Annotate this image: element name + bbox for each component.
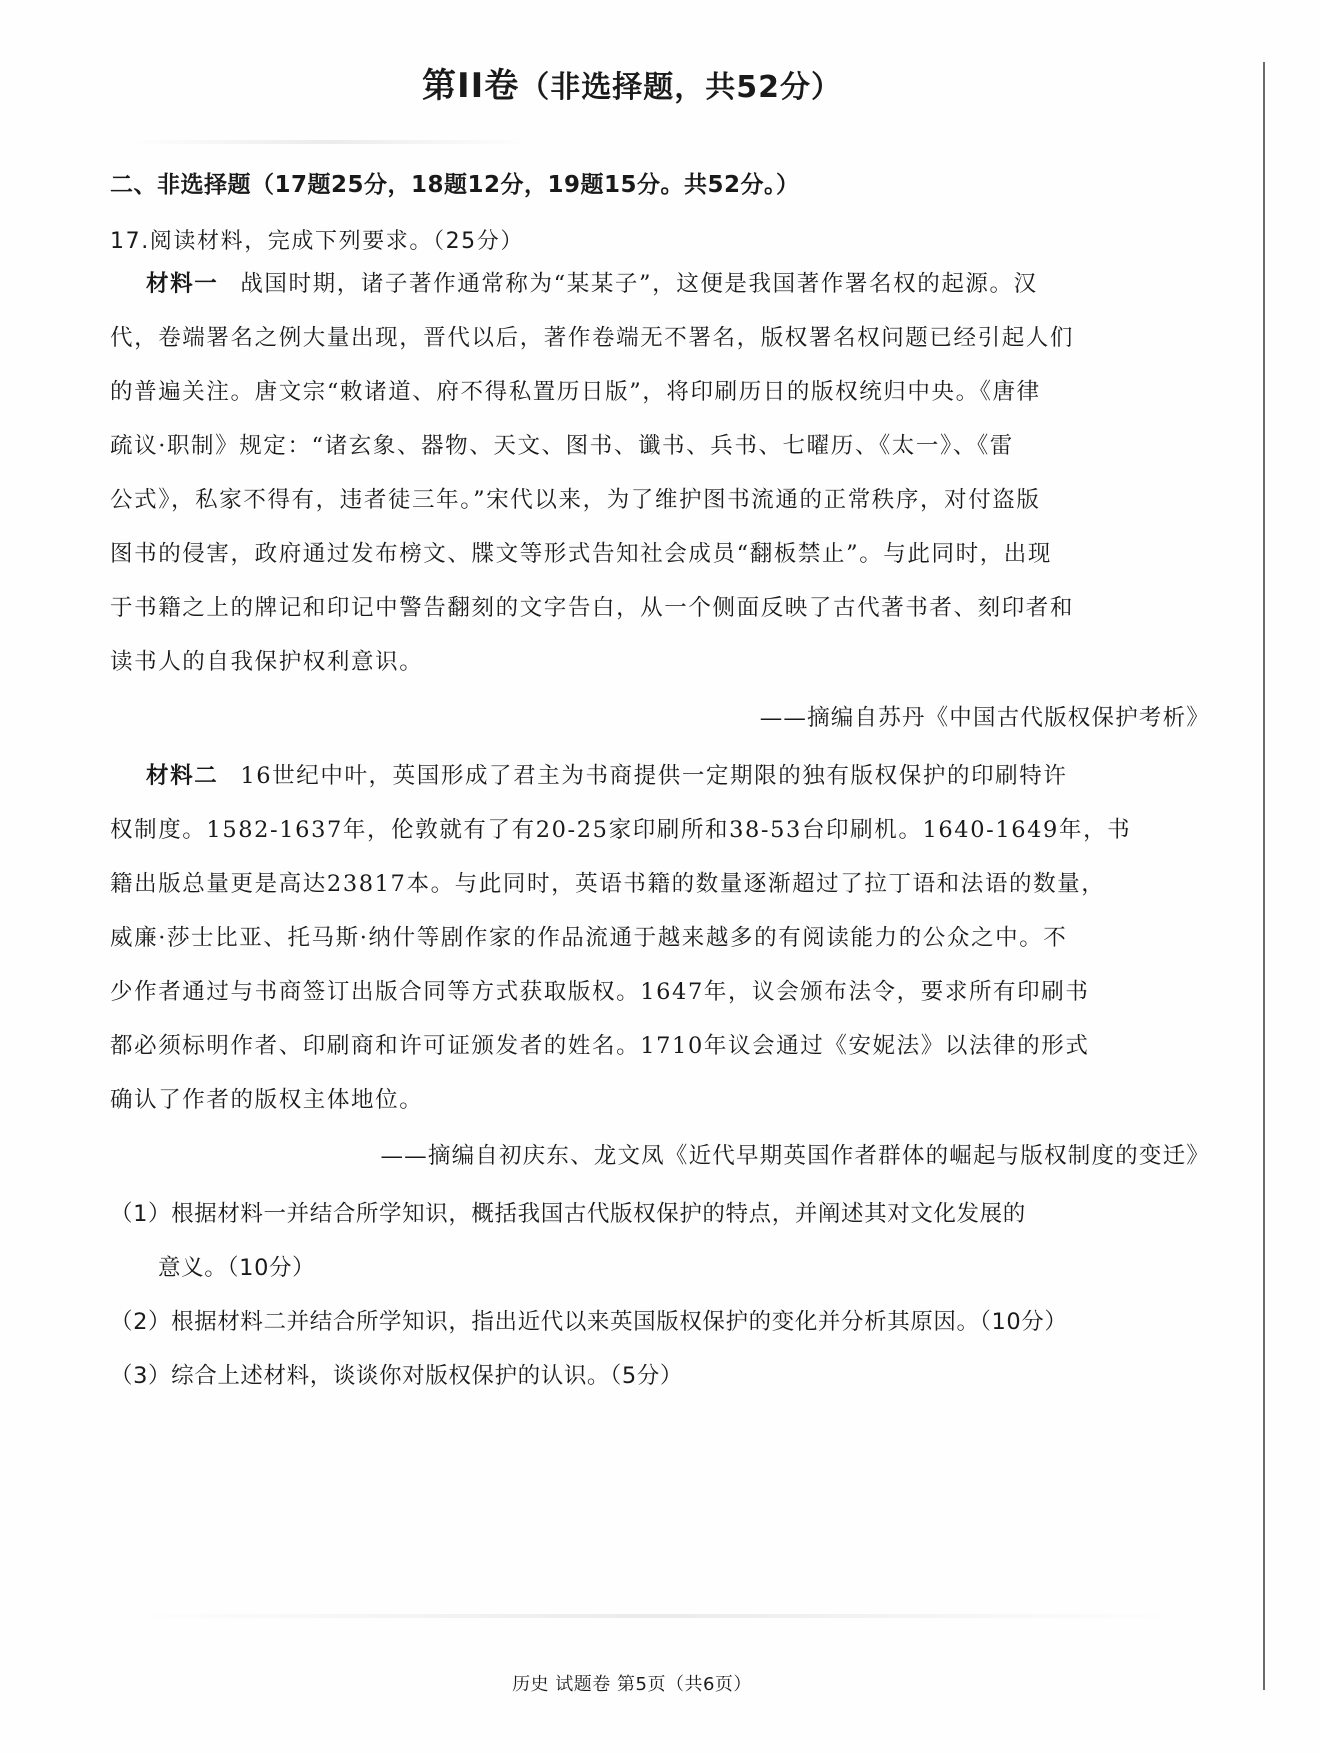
section-heading: 二、非选择题（17题25分，18题12分，19题15分。共52分。） bbox=[110, 166, 800, 199]
material-1-source: ——摘编自苏丹《中国古代版权保护考析》 bbox=[760, 700, 1210, 732]
material-2-line: 少作者通过与书商签订出版合同等方式获取版权。1647年，议会颁布法令，要求所有印… bbox=[110, 974, 1089, 1006]
material-2-line: 籍出版总量更是高达23817本。与此同时，英语书籍的数量逐渐超过了拉丁语和法语的… bbox=[110, 866, 1105, 898]
sub-question-number: （1） bbox=[110, 1201, 171, 1227]
sub-question-text: 根据材料二并结合所学知识，指出近代以来英国版权保护的变化并分析其原因。（10分） bbox=[171, 1309, 1067, 1335]
sub-question-3: （3）综合上述材料，谈谈你对版权保护的认识。（5分） bbox=[110, 1358, 683, 1390]
sub-question-number: （2） bbox=[110, 1309, 171, 1335]
material-1-text: 战国时期，诸子著作通常称为“某某子”，这便是我国著作署名权的起源。汉 bbox=[240, 271, 1037, 297]
material-2-source: ——摘编自初庆东、龙文凤《近代早期英国作者群体的崛起与版权制度的变迁》 bbox=[380, 1138, 1210, 1170]
material-1-label: 材料一 bbox=[146, 271, 218, 297]
question-17-intro: 17.阅读材料，完成下列要求。（25分） bbox=[110, 224, 524, 255]
material-2-text: 16世纪中叶，英国形成了君主为书商提供一定期限的独有版权保护的印刷特许 bbox=[240, 763, 1067, 789]
scan-artifact bbox=[130, 1614, 1180, 1618]
sub-question-number: （3） bbox=[110, 1363, 171, 1389]
title-subtitle: （非选择题，共52分） bbox=[519, 70, 842, 105]
sub-question-2: （2）根据材料二并结合所学知识，指出近代以来英国版权保护的变化并分析其原因。（1… bbox=[110, 1304, 1068, 1336]
page-footer: 历史 试题卷 第5页（共6页） bbox=[0, 1670, 1264, 1696]
scan-artifact bbox=[130, 140, 530, 144]
material-2-line: 确认了作者的版权主体地位。 bbox=[110, 1082, 423, 1114]
material-2-line: 威廉·莎士比亚、托马斯·纳什等剧作家的作品流通于越来越多的有阅读能力的公众之中。… bbox=[110, 920, 1067, 952]
sub-question-text: 综合上述材料，谈谈你对版权保护的认识。（5分） bbox=[171, 1363, 683, 1389]
material-2-line: 都必须标明作者、印刷商和许可证颁发者的姓名。1710年议会通过《安妮法》以法律的… bbox=[110, 1028, 1089, 1060]
material-1-line: 公式》，私家不得有，违者徒三年。”宋代以来，为了维护图书流通的正常秩序，对付盗版 bbox=[110, 482, 1041, 514]
material-1-line: 图书的侵害，政府通过发布榜文、牒文等形式告知社会成员“翻板禁止”。与此同时，出现 bbox=[110, 536, 1052, 568]
page-title: 第II卷（非选择题，共52分） bbox=[0, 58, 1264, 107]
material-2-label: 材料二 bbox=[146, 763, 218, 789]
material-1-line: 代，卷端署名之例大量出现，晋代以后，著作卷端无不署名，版权署名权问题已经引起人们 bbox=[110, 320, 1074, 352]
material-1-line: 的普遍关注。唐文宗“敕诸道、府不得私置历日版”，将印刷历日的版权统归中央。《唐律 bbox=[110, 374, 1041, 406]
material-1-line: 读书人的自我保护权利意识。 bbox=[110, 644, 423, 676]
sub-question-1-continued: 意义。（10分） bbox=[158, 1250, 315, 1282]
material-2-line: 材料二16世纪中叶，英国形成了君主为书商提供一定期限的独有版权保护的印刷特许 bbox=[146, 758, 1067, 790]
material-1-line: 于书籍之上的牌记和印记中警告翻刻的文字告白，从一个侧面反映了古代著书者、刻印者和 bbox=[110, 590, 1074, 622]
material-1-line: 材料一战国时期，诸子著作通常称为“某某子”，这便是我国著作署名权的起源。汉 bbox=[146, 266, 1038, 298]
sub-question-text: 根据材料一并结合所学知识，概括我国古代版权保护的特点，并阐述其对文化发展的 bbox=[171, 1201, 1026, 1227]
material-2-line: 权制度。1582-1637年，伦敦就有了有20-25家印刷所和38-53台印刷机… bbox=[110, 812, 1131, 844]
exam-page: 第II卷（非选择题，共52分） 二、非选择题（17题25分，18题12分，19题… bbox=[0, 0, 1320, 1753]
sub-question-1: （1）根据材料一并结合所学知识，概括我国古代版权保护的特点，并阐述其对文化发展的 bbox=[110, 1196, 1026, 1228]
binding-margin-rule bbox=[1263, 62, 1265, 1690]
title-main: 第II卷 bbox=[422, 66, 519, 106]
material-1-line: 疏议·职制》规定：“诸玄象、器物、天文、图书、谶书、兵书、七曜历、《太一》、《雷 bbox=[110, 428, 1014, 460]
